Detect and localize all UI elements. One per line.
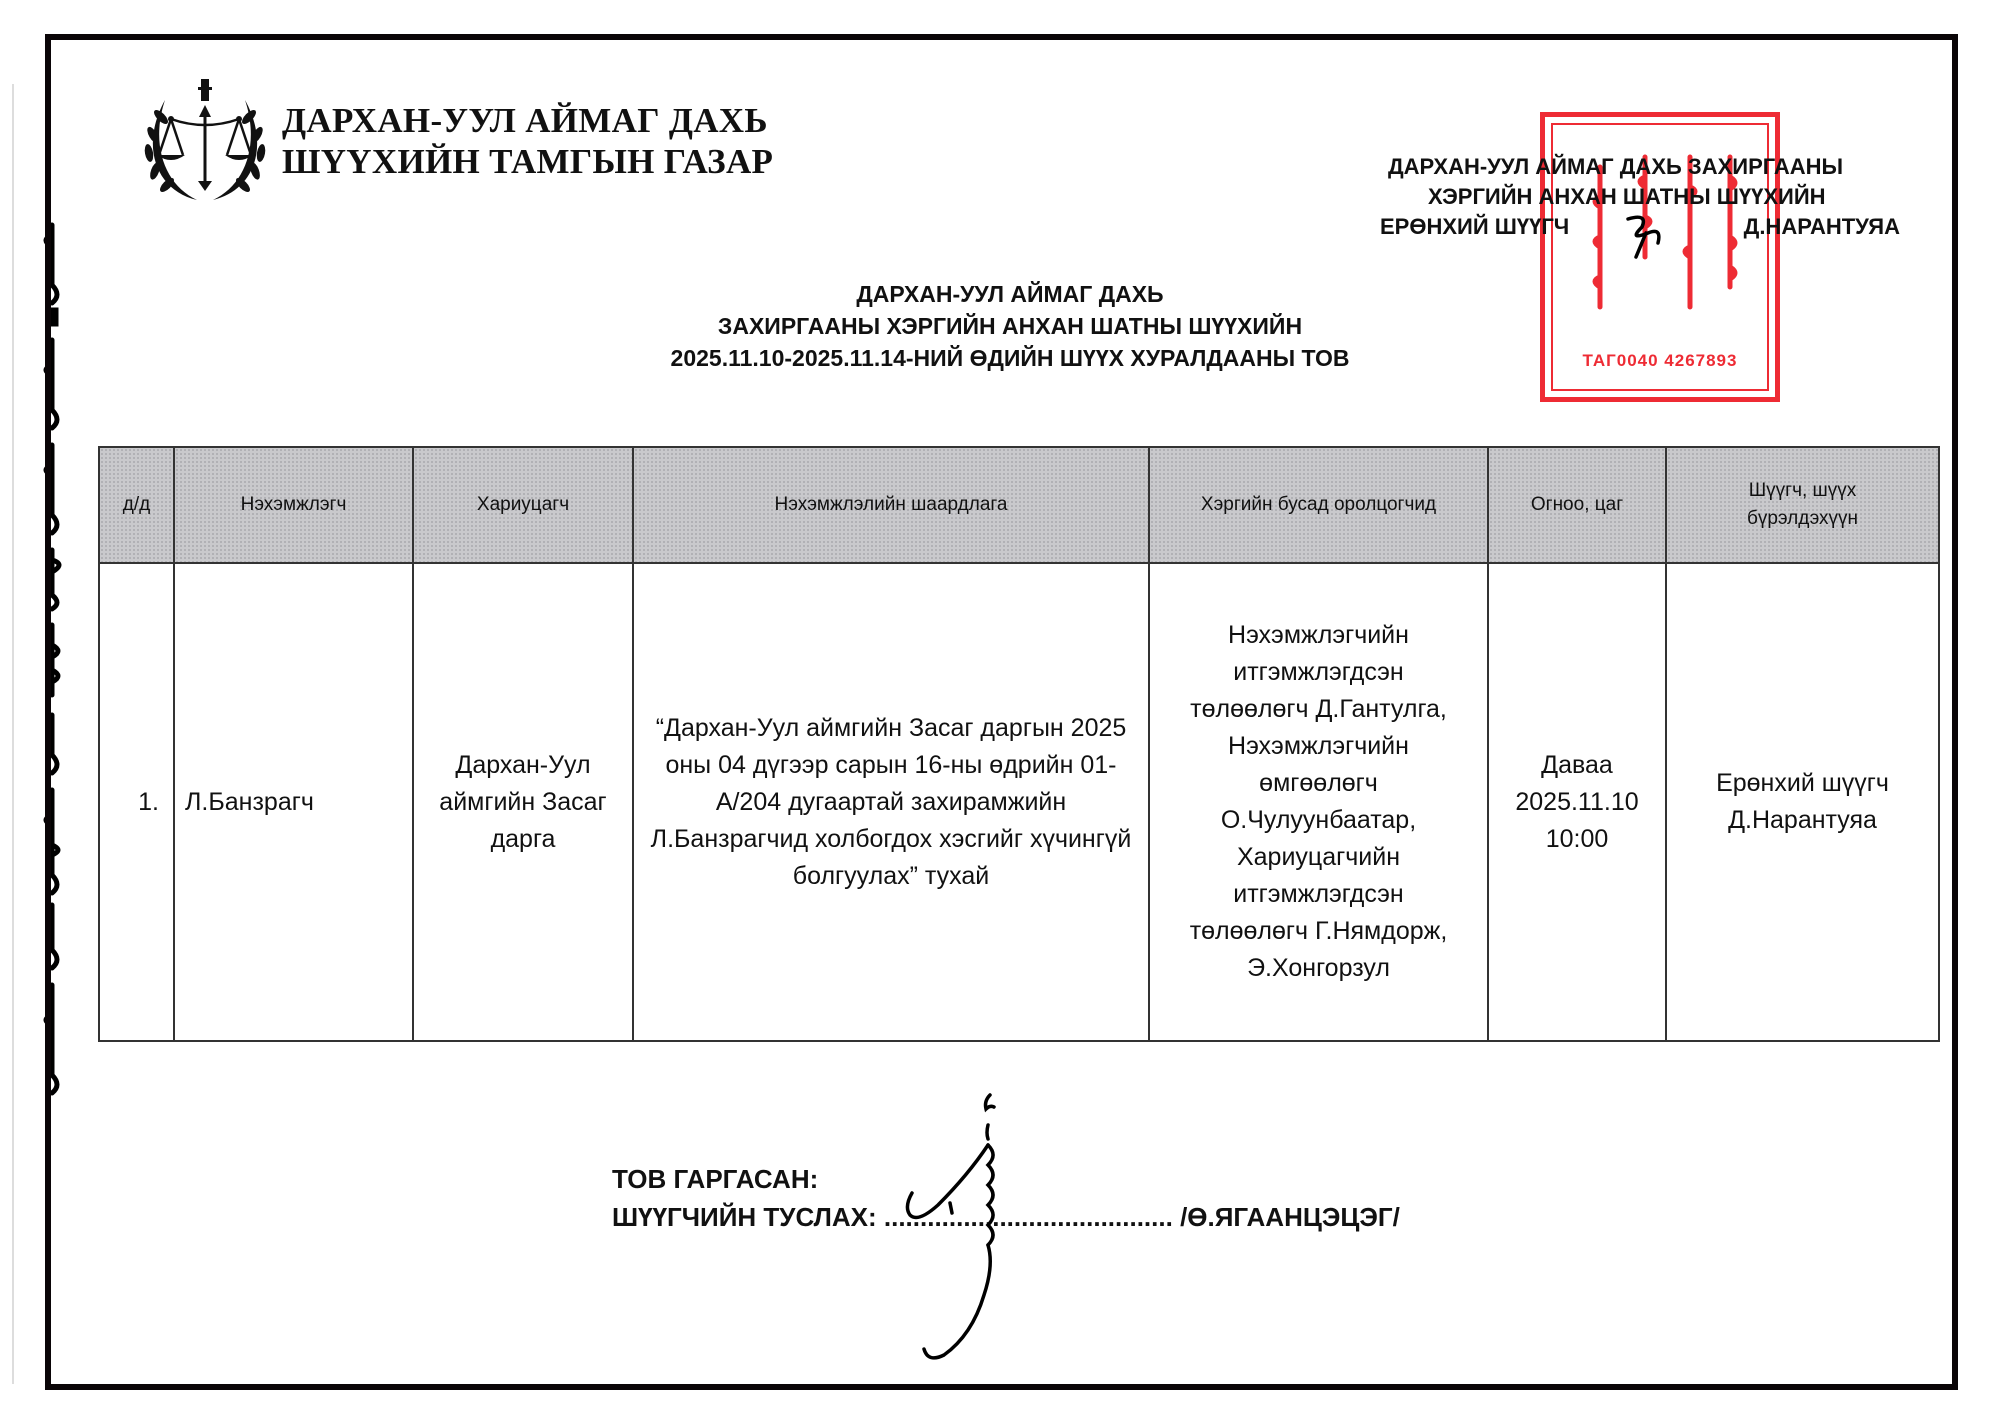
table-header-row: д/д Нэхэмжлэгч Хариуцагч Нэхэмжлэлийн ша…: [99, 447, 1939, 563]
assistant-signature-icon: [890, 1085, 1030, 1375]
cell-plaintiff: Л.Банзрагч: [174, 563, 413, 1041]
org-line-2: ШҮҮХИЙН ТАМГЫН ГАЗАР: [282, 141, 773, 182]
table-row: 1. Л.Банзрагч Дархан-Уул аймгийн Засаг д…: [99, 563, 1939, 1041]
column-header-judge: Шүүгч, шүүх бүрэлдэхүүн: [1666, 447, 1939, 563]
judge-signature-icon: [1618, 205, 1678, 265]
hearing-time: 10:00: [1493, 821, 1661, 858]
court-emblem: [135, 75, 275, 210]
title-line-2: ЗАХИРГААНЫ ХЭРГИЙН АНХАН ШАТНЫ ШҮҮХИЙН: [500, 310, 1520, 342]
judge-name: Д.Нарантуяа: [1671, 802, 1934, 839]
cell-judge: Ерөнхий шүүгч Д.Нарантуяа: [1666, 563, 1939, 1041]
assistant-name: /Ө.ЯГААНЦЭЦЭГ/: [1180, 1202, 1400, 1232]
title-line-3: 2025.11.10-2025.11.14-НИЙ ӨДИЙН ШҮҮХ ХУР…: [500, 342, 1520, 374]
column-header-participants: Хэргийн бусад оролцогчид: [1149, 447, 1488, 563]
hearing-day: Даваа: [1493, 747, 1661, 784]
column-header-number: д/д: [99, 447, 174, 563]
scales-of-justice-icon: [135, 75, 275, 210]
assistant-label: ШҮҮГЧИЙН ТУСЛАХ:: [612, 1202, 877, 1232]
approval-line-1: ДАРХАН-УУЛ АЙМАГ ДАХЬ ЗАХИРГААНЫ: [1380, 152, 1900, 182]
hearing-schedule-table: д/д Нэхэмжлэгч Хариуцагч Нэхэмжлэлийн ша…: [98, 446, 1940, 1042]
cell-participants: Нэхэмжлэгчийн итгэмжлэгдсэн төлөөлөгч Д.…: [1149, 563, 1488, 1041]
org-line-1: ДАРХАН-УУЛ АЙМАГ ДАХЬ: [282, 100, 773, 141]
column-header-datetime: Огноо, цаг: [1488, 447, 1666, 563]
document-title: ДАРХАН-УУЛ АЙМАГ ДАХЬ ЗАХИРГААНЫ ХЭРГИЙН…: [500, 278, 1520, 374]
column-header-defendant: Хариуцагч: [413, 447, 633, 563]
approval-name: Д.НАРАНТУЯА: [1744, 212, 1900, 242]
approval-position: ЕРӨНХИЙ ШҮҮГЧ: [1380, 212, 1569, 242]
cell-claim: “Дархан-Уул аймгийн Засаг даргын 2025 он…: [633, 563, 1149, 1041]
judge-title: Ерөнхий шүүгч: [1671, 765, 1934, 802]
title-line-1: ДАРХАН-УУЛ АЙМАГ ДАХЬ: [500, 278, 1520, 310]
hearing-date: 2025.11.10: [1493, 784, 1661, 821]
stamp-registration-number: ТАГ0040 4267893: [1545, 351, 1775, 371]
cell-number: 1.: [99, 563, 174, 1041]
scan-margin-line: [12, 84, 14, 1384]
cell-defendant: Дархан-Уул аймгийн Засаг дарга: [413, 563, 633, 1041]
cell-datetime: Даваа 2025.11.10 10:00: [1488, 563, 1666, 1041]
column-header-claim: Нэхэмжлэлийн шаардлага: [633, 447, 1149, 563]
column-header-plaintiff: Нэхэмжлэгч: [174, 447, 413, 563]
court-office-name: ДАРХАН-УУЛ АЙМАГ ДАХЬ ШҮҮХИЙН ТАМГЫН ГАЗ…: [282, 100, 773, 182]
